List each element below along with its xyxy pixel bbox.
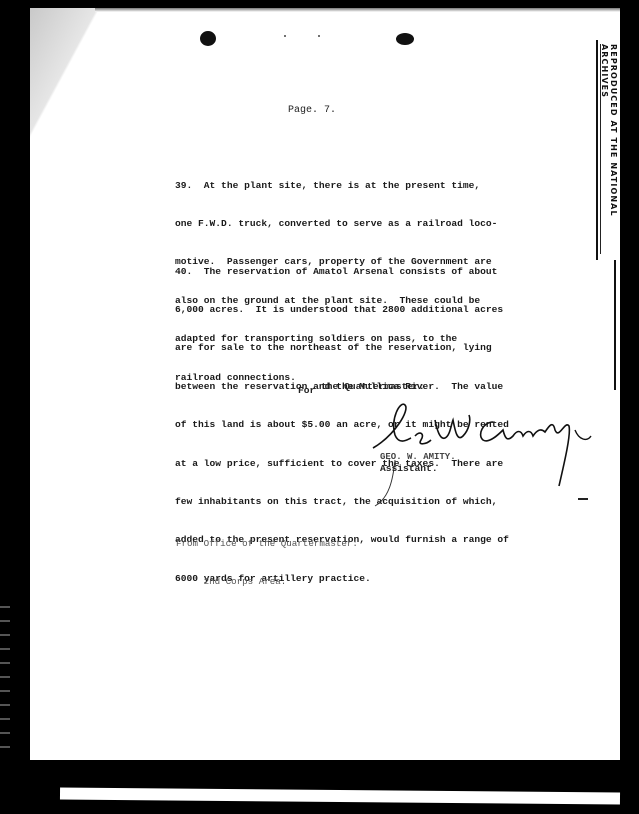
signature-title: Assistant.	[380, 463, 438, 474]
from-line-2: 2nd Corps Area.	[176, 576, 358, 589]
stray-mark	[578, 498, 588, 500]
text-line: are for sale to the northeast of the res…	[175, 342, 509, 355]
from-office: From Office of the Quartermaster: 2nd Co…	[176, 513, 358, 601]
archive-stamp: REPRODUCED AT THE NATIONAL ARCHIVES	[600, 44, 618, 254]
speck	[318, 35, 320, 37]
closing-line: For the Quartermaster:	[298, 381, 425, 392]
punch-hole-left	[200, 31, 216, 46]
text-line: one F.W.D. truck, converted to serve as …	[175, 218, 497, 231]
speck	[284, 35, 286, 37]
folded-corner	[30, 8, 100, 138]
typed-signature-name: GEO. W. AMITY.	[380, 452, 456, 462]
text-line: 40. The reservation of Amatol Arsenal co…	[175, 266, 509, 279]
from-line-1: From Office of the Quartermaster:	[176, 538, 358, 551]
scan-left-edge	[0, 600, 10, 750]
stamp-border	[596, 40, 598, 260]
right-edge-rule	[614, 260, 616, 390]
closing-for: For	[298, 385, 315, 396]
top-edge-shadow	[95, 8, 620, 12]
closing-text: the Quartermaster:	[321, 381, 425, 392]
text-line: 39. At the plant site, there is at the p…	[175, 180, 497, 193]
punch-hole-right	[396, 33, 414, 45]
text-line: 6,000 acres. It is understood that 2800 …	[175, 304, 509, 317]
page-number: Page. 7.	[288, 105, 336, 116]
